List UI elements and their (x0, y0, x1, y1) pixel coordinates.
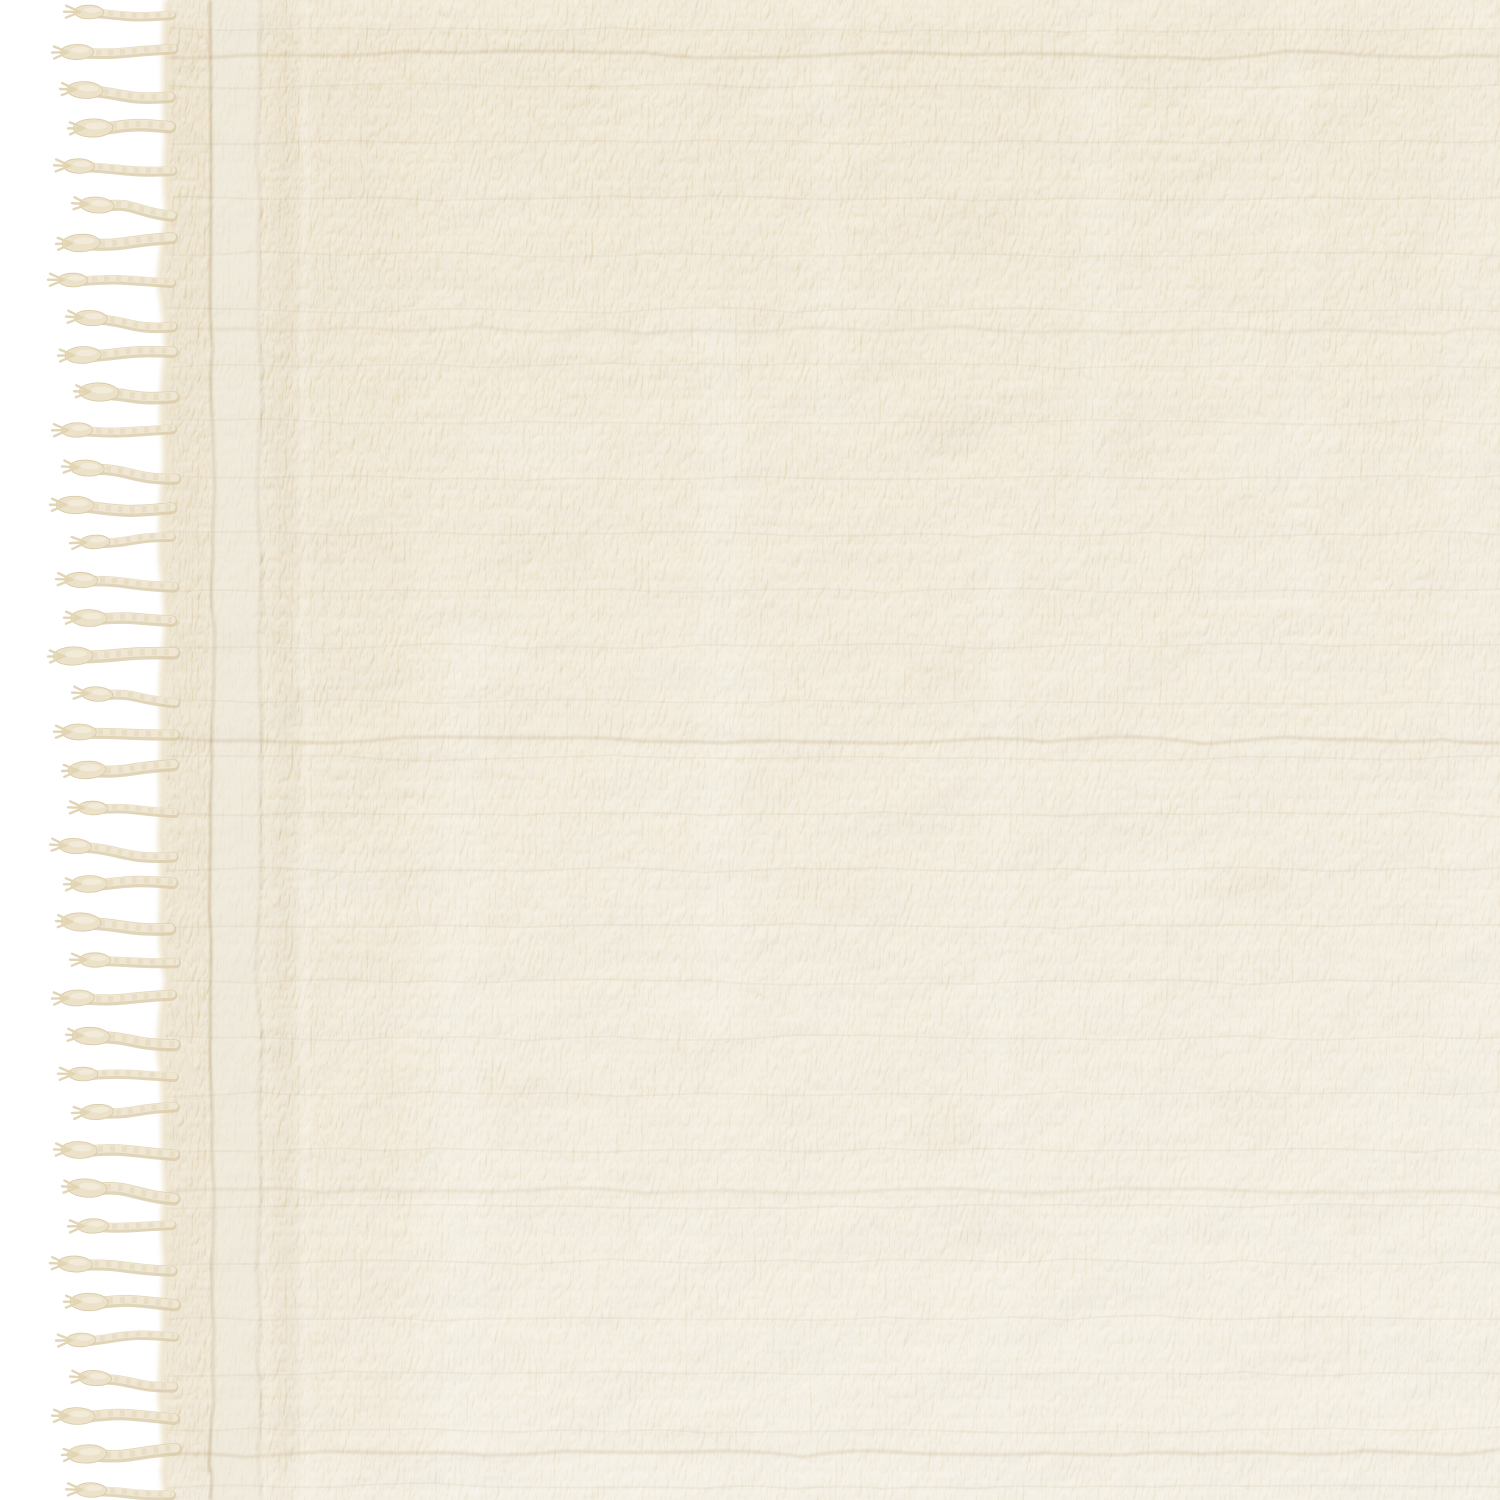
tassel-head (52, 423, 93, 438)
tassel-head (56, 1333, 96, 1348)
tassel-head (70, 952, 111, 967)
rug-photo-canvas (0, 0, 1500, 1500)
tassel-head (58, 1067, 98, 1081)
tassel-head (64, 5, 104, 19)
rug (0, 0, 1500, 1500)
tassel-head (48, 273, 88, 287)
rug-product-photo (0, 0, 1500, 1500)
tassel-head (68, 1219, 109, 1234)
selvage-smoothing-layer (212, 0, 260, 1500)
